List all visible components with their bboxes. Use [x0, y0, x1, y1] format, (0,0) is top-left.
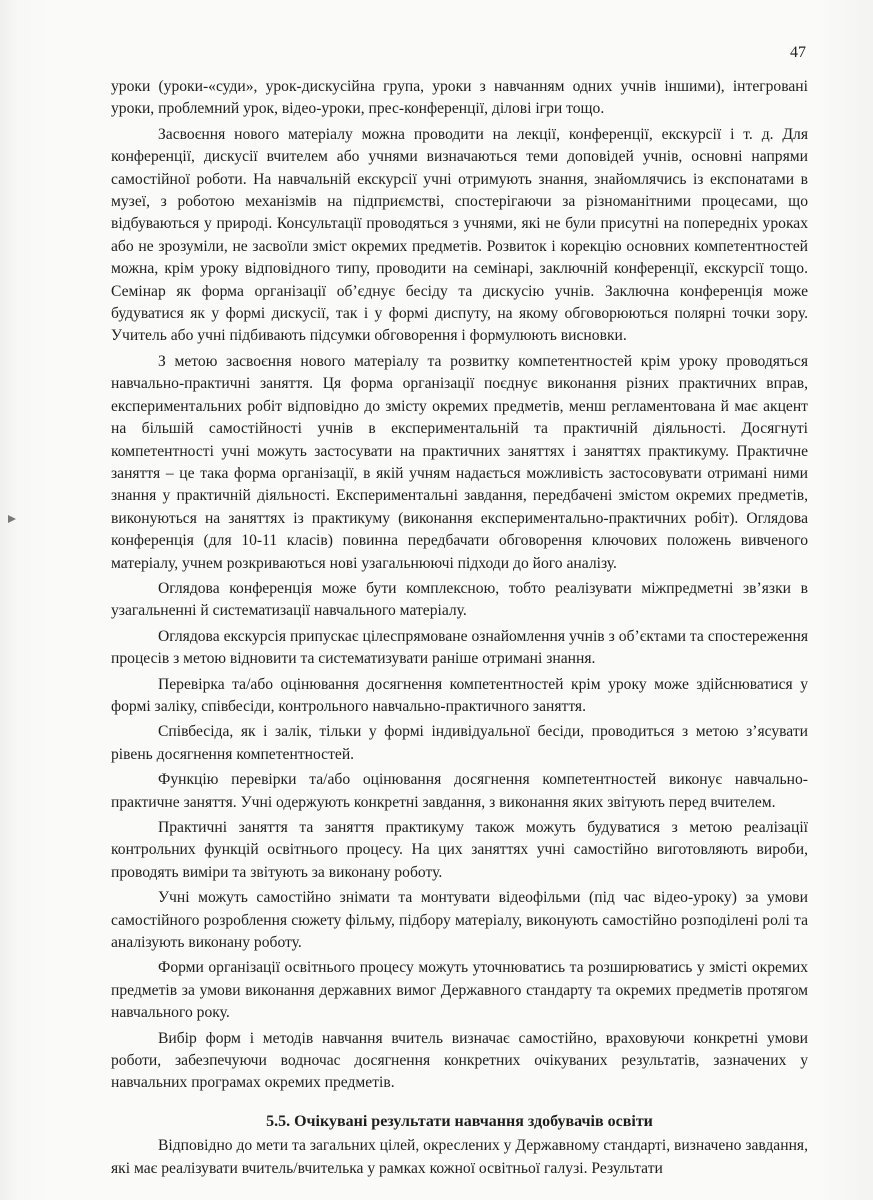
paragraph-after-heading: Відповідно до мети та загальних цілей, о… [111, 1135, 808, 1180]
paragraph-6: Перевірка та/або оцінювання досягнення к… [111, 674, 808, 719]
paragraph-7: Співбесіда, як і залік, тільки у формі і… [111, 721, 808, 766]
margin-arrow-mark [8, 515, 16, 523]
paragraph-2: Засвоєння нового матеріалу можна проводи… [111, 124, 808, 348]
paragraph-8: Функцію перевірки та/або оцінювання дося… [111, 769, 808, 814]
paragraph-3: З метою засвоєння нового матеріалу та ро… [111, 351, 808, 575]
paragraph-10: Учні можуть самостійно знімати та монтув… [111, 887, 808, 954]
section-heading: 5.5. Очікувані результати навчання здобу… [111, 1111, 808, 1133]
scanned-page: 47 уроки (уроки-«суди», урок-дискусійна … [0, 0, 873, 1200]
paragraph-4: Оглядова конференція може бути комплексн… [111, 578, 808, 623]
body-text: уроки (уроки-«суди», урок-дискусійна гру… [111, 76, 808, 1183]
paragraph-1: уроки (уроки-«суди», урок-дискусійна гру… [111, 76, 808, 121]
paragraph-11: Форми організації освітнього процесу мож… [111, 957, 808, 1024]
paragraph-9: Практичні заняття та заняття практикуму … [111, 817, 808, 884]
paragraph-12: Вибір форм і методів навчання вчитель ви… [111, 1028, 808, 1095]
page-number: 47 [790, 44, 806, 62]
paragraph-5: Оглядова екскурсія припускає цілеспрямов… [111, 626, 808, 671]
